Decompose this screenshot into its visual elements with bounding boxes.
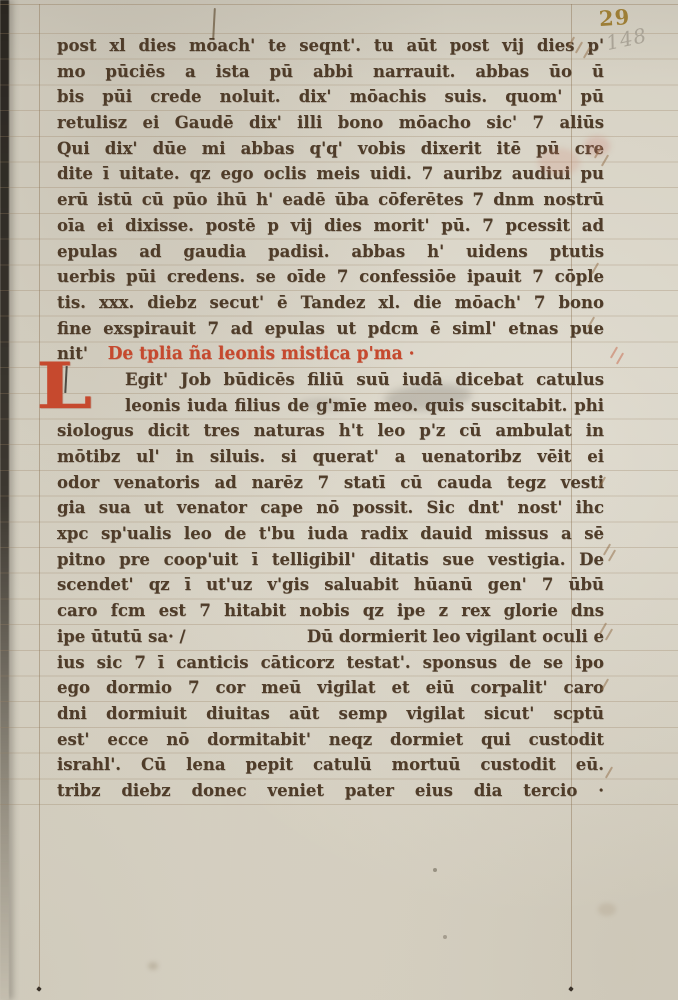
stain [538,148,580,176]
ink-smudge [298,398,348,411]
text-block: post xl dies mōach' te seqnt'. tu aūt po… [57,33,604,804]
text-line: dite ī uitate. qz ego oclis meis uidi. 7… [57,161,604,187]
rubric-text: De tplia ña leonis mistica p'ma · [108,344,415,365]
speck [598,903,616,916]
speck [148,962,158,970]
text-line: gia sua ut venator cape nō possit. Sic d… [57,495,604,521]
speck [443,935,447,939]
text-line: epulas ad gaudia padisi. abbas h' uidens… [57,238,604,264]
text-line: bis pūi crede noluit. dix' mōachis suis.… [57,84,604,110]
text-line: est' ecce nō dormitabit' neqz dormiet qu… [57,726,604,752]
text-line: ius sic 7 ī canticis cāticorz testat'. s… [57,649,604,675]
text-line: Qui dix' dūe mi abbas q'q' vobis dixerit… [57,135,604,161]
text-line: israhl'. Cū lena pepit catulū mortuū cus… [57,752,604,778]
text-line: post xl dies mōach' te seqnt'. tu aūt po… [57,33,604,59]
manuscript-page: 29 148 post xl dies mōach' te seqnt'. tu… [0,0,678,1000]
line-part-a: ipe ūtutū sa· / [57,623,186,649]
speck [433,868,437,872]
text-line: fine exspirauit 7 ad epulas ut pdcm ē si… [57,315,604,341]
text-line: odor venatoris ad narēz 7 statī cū cauda… [57,469,604,495]
text-line: mōtibz ul' in siluis. si querat' a uenat… [57,444,604,470]
pricking-dot [568,986,574,992]
text-line: tribz diebz donec veniet pater eius dia … [57,778,604,804]
text-line: oīa ei dixisse. postē p vij dies morit' … [57,212,604,238]
rubric-line: nit' De tplia ña leonis mistica p'ma · [57,341,604,367]
text-line: uerbis pūi credens. se oīde 7 confessiōe… [57,264,604,290]
stain [584,136,610,156]
text-line: tis. xxx. diebz secut' ē Tandez xl. die … [57,289,604,315]
text-line: siologus dicit tres naturas h't leo p'z … [57,418,604,444]
text-line: erū istū cū pūo ihū h' eadē ūba cōferēte… [57,187,604,213]
text-line: caro fcm est 7 hitabit nobis qz ipe z re… [57,598,604,624]
text-line: dni dormiuit diuitas aūt semp vigilat si… [57,700,604,726]
text-line: mo pūciēs a ista pū abbi narrauit. abbas… [57,58,604,84]
text-line: ego dormio 7 cor meū vigilat et eiū corp… [57,675,604,701]
pricking-dot [36,986,42,992]
text-line: xpc sp'ualis leo de t'bu iuda radix daui… [57,521,604,547]
text-line: pitno pre coop'uit ī telligibil' ditatis… [57,546,604,572]
ruling-vertical-left [39,4,40,989]
text-line: Egit' Job būdicēs filiū suū iudā dicebat… [57,367,604,393]
ruling-line-top [0,4,678,5]
text-line: retulisz ei Gaudē dix' illi bono mōacho … [57,110,604,136]
text-line: scendet' qz ī ut'uz v'gis saluabit hūanū… [57,572,604,598]
line-part-b: Dū dormierit leo vigilant oculi e [307,623,604,649]
text-line-with-gap: ipe ūtutū sa· / Dū dormierit leo vigilan… [57,623,604,649]
